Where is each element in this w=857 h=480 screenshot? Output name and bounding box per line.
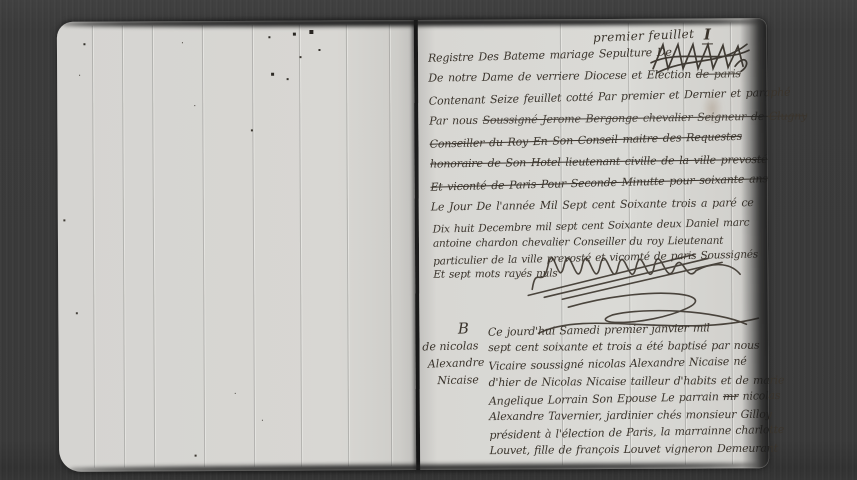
- paper-crease: [92, 26, 95, 468]
- signature-flourish-icon: [526, 248, 766, 337]
- paper-crease: [389, 24, 392, 466]
- manuscript-line: Alexandre: [423, 354, 485, 373]
- margin-note-baptism: Bde nicolasAlexandreNicaise: [422, 320, 485, 390]
- cross-out-scribble-icon: [649, 36, 753, 79]
- page-edge-shadow: [740, 18, 769, 468]
- paper-crease: [122, 26, 125, 468]
- paper-crease: [152, 25, 155, 467]
- scanned-register-image: premier feuillet I Registre Des Bateme m…: [0, 0, 857, 480]
- manuscript-line: Louvet, fille de françois Louvet vignero…: [490, 440, 786, 460]
- manuscript-line: de nicolas: [422, 337, 484, 355]
- book-spread: premier feuillet I Registre Des Bateme m…: [57, 18, 769, 472]
- ink-specks: [57, 22, 58, 23]
- paper-crease: [299, 25, 302, 467]
- left-page-blank: [57, 20, 417, 472]
- paper-crease: [202, 25, 205, 467]
- manuscript-line: Nicaise: [423, 371, 485, 389]
- manuscript-line: B: [422, 320, 484, 339]
- paper-crease: [252, 25, 255, 467]
- paper-crease: [346, 24, 349, 466]
